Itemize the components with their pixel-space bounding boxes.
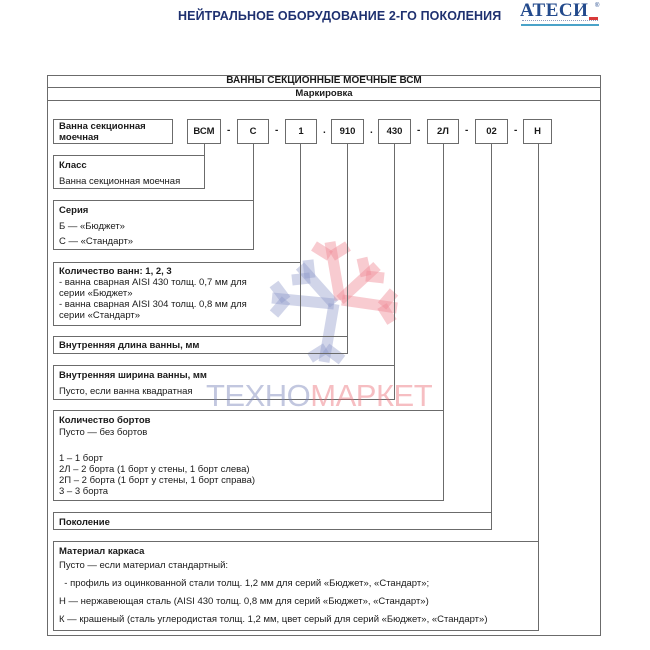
page-header-title: НЕЙТРАЛЬНОЕ ОБОРУДОВАНИЕ 2-ГО ПОКОЛЕНИЯ [178, 9, 501, 23]
material-line: К — крашеный (сталь углеродистая толщ. 1… [59, 614, 534, 626]
connector-line [538, 143, 539, 542]
class-title: Класс [59, 160, 200, 172]
count-title: Количество ванн: 1, 2, 3 [59, 266, 296, 277]
watermark-text: ТЕХНОМАРКЕТ [206, 380, 432, 411]
material-line: Пусто — если материал стандартный: [59, 560, 534, 572]
atesi-logo: АТЕСИ ® [520, 1, 602, 27]
length-box: Внутренняя длина ванны, мм [53, 336, 348, 354]
material-title: Материал каркаса [59, 546, 534, 558]
separator: - [465, 125, 468, 136]
logo-tagline [522, 20, 598, 23]
watermark-part-techno: ТЕХНО [206, 378, 310, 413]
count-line: - ванна сварная AISI 304 толщ. 0,8 мм дл… [59, 299, 296, 310]
registered-mark: ® [595, 3, 599, 9]
segment-generation: 02 [475, 119, 508, 144]
connector-line [253, 143, 254, 201]
length-title: Внутренняя длина ванны, мм [59, 340, 343, 352]
segment-width: 430 [378, 119, 411, 144]
sides-line: 2Л – 2 борта (1 борт у стены, 1 борт сле… [59, 464, 439, 475]
count-line: серии «Стандарт» [59, 310, 296, 321]
segment-length: 910 [331, 119, 364, 144]
separator: - [227, 125, 230, 136]
sides-line: 2П – 2 борта (1 борт у стены, 1 борт спр… [59, 475, 439, 486]
series-title: Серия [59, 205, 249, 217]
segment-series: С [237, 119, 269, 144]
series-box: Серия Б — «Бюджет» С — «Стандарт» [53, 200, 254, 250]
separator: . [370, 125, 373, 136]
connector-line [394, 143, 395, 366]
sides-title: Количество бортов [59, 415, 439, 426]
table-subtitle: Маркировка [47, 88, 601, 101]
connector-line [491, 143, 492, 513]
segment-sides: 2Л [427, 119, 459, 144]
connector-line [347, 143, 348, 337]
series-line: С — «Стандарт» [59, 236, 249, 248]
segment-count: 1 [285, 119, 317, 144]
series-line: Б — «Бюджет» [59, 221, 249, 233]
class-line: Ванна секционная моечная [59, 176, 200, 188]
connector-line [300, 143, 301, 263]
class-box: Класс Ванна секционная моечная [53, 155, 205, 189]
generation-title: Поколение [59, 517, 487, 529]
count-box: Количество ванн: 1, 2, 3 - ванна сварная… [53, 262, 301, 326]
watermark-part-market: МАРКЕТ [310, 378, 432, 413]
logo-text: АТЕСИ [520, 0, 588, 22]
segment-material: Н [523, 119, 552, 144]
sides-line: 1 – 1 борт [59, 453, 439, 464]
logo-underline [521, 24, 599, 26]
material-box: Материал каркаса Пусто — если материал с… [53, 541, 539, 631]
generation-box: Поколение [53, 512, 492, 530]
segment-type: ВСМ [187, 119, 221, 144]
table-title: ВАННЫ СЕКЦИОННЫЕ МОЕЧНЫЕ ВСМ [47, 75, 601, 88]
material-line: Н — нержавеющая сталь (AISI 430 толщ. 0,… [59, 596, 534, 608]
connector-line [443, 143, 444, 411]
separator: - [417, 125, 420, 136]
product-label-box: Ванна секционная моечная [53, 119, 173, 144]
count-line: серии «Бюджет» [59, 288, 296, 299]
product-label: Ванна секционная моечная [59, 121, 169, 143]
separator: - [275, 125, 278, 136]
sides-line: Пусто — без бортов [59, 427, 439, 438]
sides-line: 3 – 3 борта [59, 486, 439, 497]
material-line: - профиль из оцинкованной стали толщ. 1,… [59, 578, 534, 590]
sides-box: Количество бортов Пусто — без бортов 1 –… [53, 410, 444, 501]
count-line: - ванна сварная AISI 430 толщ. 0,7 мм дл… [59, 277, 296, 288]
separator: . [323, 125, 326, 136]
separator: - [514, 125, 517, 136]
